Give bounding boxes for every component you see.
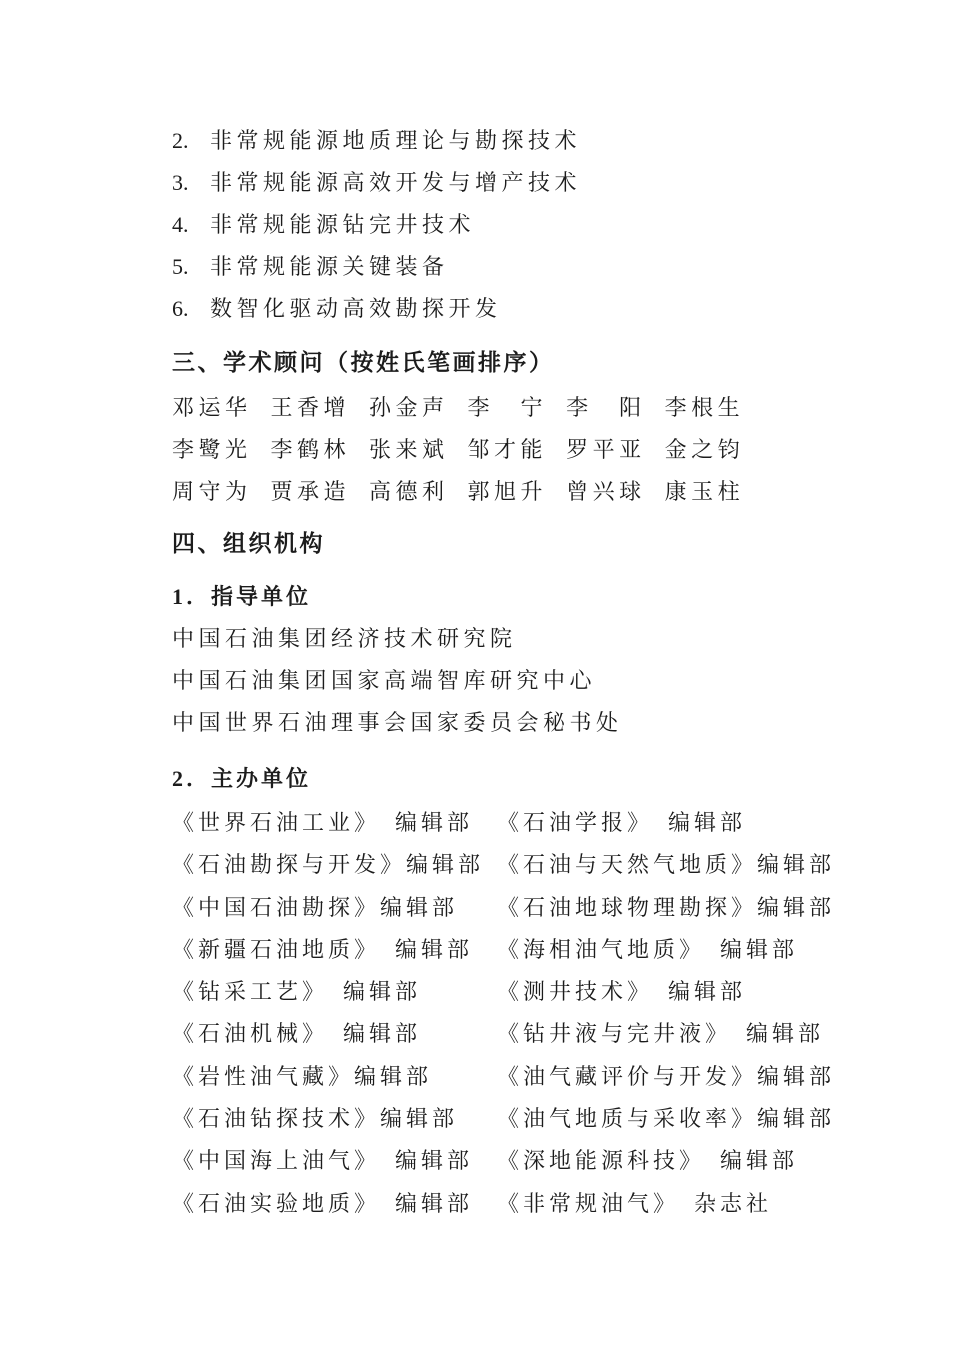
host-units-heading: 2．主办单位 [172, 758, 888, 800]
advisor-name: 李鹤林 [271, 429, 351, 471]
topic-text: 非常规能源关键装备 [210, 254, 449, 279]
host-unit-row: 《石油机械》 编辑部《钻井液与完井液》 编辑部 [172, 1013, 888, 1055]
host-unit-right: 《油气地质与采收率》编辑部 [497, 1098, 888, 1140]
document-page: 2.非常规能源地质理论与勘探技术3.非常规能源高效开发与增产技术4.非常规能源钻… [0, 0, 960, 1358]
host-unit-right: 《油气藏评价与开发》编辑部 [497, 1056, 888, 1098]
topic-number: 4. [172, 204, 210, 246]
advisors-section-heading: 三、学术顾问（按姓氏笔画排序） [172, 341, 888, 383]
host-units-heading-number: 2． [172, 766, 211, 791]
guidance-units-heading: 1．指导单位 [172, 576, 888, 618]
topic-item: 5.非常规能源关键装备 [172, 246, 888, 288]
host-unit-left: 《石油钻探技术》编辑部 [172, 1098, 497, 1140]
topic-item: 6.数智化驱动高效勘探开发 [172, 288, 888, 330]
host-unit-left: 《中国石油勘探》编辑部 [172, 887, 497, 929]
topics-list: 2.非常规能源地质理论与勘探技术3.非常规能源高效开发与增产技术4.非常规能源钻… [172, 120, 888, 330]
guidance-unit-list: 中国石油集团经济技术研究院中国石油集团国家高端智库研究中心中国世界石油理事会国家… [172, 618, 888, 744]
host-unit-table: 《世界石油工业》 编辑部《石油学报》 编辑部《石油勘探与开发》编辑部《石油与天然… [172, 802, 888, 1225]
host-unit-right: 《石油地球物理勘探》编辑部 [497, 887, 888, 929]
host-unit-right: 《石油学报》 编辑部 [497, 802, 888, 844]
advisor-name-row: 周守为贾承造高德利郭旭升曾兴球康玉柱 [172, 471, 888, 513]
host-unit-left: 《石油勘探与开发》编辑部 [172, 844, 497, 886]
advisor-name: 李 阳 [566, 387, 646, 429]
advisor-name: 康玉柱 [665, 471, 745, 513]
topic-item: 4.非常规能源钻完井技术 [172, 204, 888, 246]
host-unit-left: 《岩性油气藏》编辑部 [172, 1056, 497, 1098]
host-unit-right: 《钻井液与完井液》 编辑部 [497, 1013, 888, 1055]
guidance-unit: 中国石油集团国家高端智库研究中心 [172, 660, 888, 702]
host-units-heading-label: 主办单位 [211, 766, 311, 791]
topic-item: 3.非常规能源高效开发与增产技术 [172, 162, 888, 204]
advisor-name: 郭旭升 [468, 471, 548, 513]
advisor-name-row: 李鹭光李鹤林张来斌邹才能罗平亚金之钧 [172, 429, 888, 471]
host-unit-right: 《深地能源科技》 编辑部 [497, 1140, 888, 1182]
guidance-units-heading-number: 1． [172, 584, 211, 609]
host-unit-left: 《中国海上油气》 编辑部 [172, 1140, 497, 1182]
advisor-name: 李根生 [665, 387, 745, 429]
host-unit-right: 《测井技术》 编辑部 [497, 971, 888, 1013]
advisor-name: 李鹭光 [172, 429, 252, 471]
host-unit-left: 《石油实验地质》 编辑部 [172, 1183, 497, 1225]
host-unit-row: 《世界石油工业》 编辑部《石油学报》 编辑部 [172, 802, 888, 844]
topic-item: 2.非常规能源地质理论与勘探技术 [172, 120, 888, 162]
host-unit-right: 《非常规油气》 杂志社 [497, 1183, 888, 1225]
topic-text: 非常规能源高效开发与增产技术 [210, 170, 581, 195]
advisor-name: 罗平亚 [566, 429, 646, 471]
host-unit-left: 《石油机械》 编辑部 [172, 1013, 497, 1055]
topic-text: 数智化驱动高效勘探开发 [210, 296, 502, 321]
guidance-unit: 中国世界石油理事会国家委员会秘书处 [172, 702, 888, 744]
topic-text: 非常规能源地质理论与勘探技术 [210, 128, 581, 153]
topic-number: 6. [172, 288, 210, 330]
host-unit-row: 《岩性油气藏》编辑部《油气藏评价与开发》编辑部 [172, 1056, 888, 1098]
host-unit-row: 《石油钻探技术》编辑部《油气地质与采收率》编辑部 [172, 1098, 888, 1140]
advisors-name-grid: 邓运华王香增孙金声李 宁李 阳李根生李鹭光李鹤林张来斌邹才能罗平亚金之钧周守为贾… [172, 387, 888, 513]
host-unit-right: 《海相油气地质》 编辑部 [497, 929, 888, 971]
host-unit-right: 《石油与天然气地质》编辑部 [497, 844, 888, 886]
advisor-name: 李 宁 [468, 387, 548, 429]
advisor-name: 金之钧 [665, 429, 745, 471]
topic-number: 3. [172, 162, 210, 204]
guidance-unit: 中国石油集团经济技术研究院 [172, 618, 888, 660]
host-unit-row: 《石油实验地质》 编辑部《非常规油气》 杂志社 [172, 1183, 888, 1225]
host-unit-row: 《中国石油勘探》编辑部《石油地球物理勘探》编辑部 [172, 887, 888, 929]
advisor-name: 邓运华 [172, 387, 252, 429]
advisor-name-row: 邓运华王香增孙金声李 宁李 阳李根生 [172, 387, 888, 429]
advisor-name: 贾承造 [271, 471, 351, 513]
guidance-units-heading-label: 指导单位 [211, 584, 311, 609]
host-unit-row: 《新疆石油地质》 编辑部《海相油气地质》 编辑部 [172, 929, 888, 971]
advisor-name: 周守为 [172, 471, 252, 513]
advisor-name: 曾兴球 [566, 471, 646, 513]
advisor-name: 王香增 [271, 387, 351, 429]
host-unit-left: 《新疆石油地质》 编辑部 [172, 929, 497, 971]
organization-section-heading: 四、组织机构 [172, 522, 888, 564]
document-content: 2.非常规能源地质理论与勘探技术3.非常规能源高效开发与增产技术4.非常规能源钻… [172, 120, 888, 1225]
advisor-name: 孙金声 [369, 387, 449, 429]
topic-text: 非常规能源钻完井技术 [210, 212, 475, 237]
host-unit-row: 《钻采工艺》 编辑部《测井技术》 编辑部 [172, 971, 888, 1013]
host-unit-row: 《石油勘探与开发》编辑部《石油与天然气地质》编辑部 [172, 844, 888, 886]
topic-number: 2. [172, 120, 210, 162]
host-unit-left: 《世界石油工业》 编辑部 [172, 802, 497, 844]
advisor-name: 邹才能 [468, 429, 548, 471]
host-unit-left: 《钻采工艺》 编辑部 [172, 971, 497, 1013]
host-unit-row: 《中国海上油气》 编辑部《深地能源科技》 编辑部 [172, 1140, 888, 1182]
advisor-name: 张来斌 [369, 429, 449, 471]
advisor-name: 高德利 [369, 471, 449, 513]
topic-number: 5. [172, 246, 210, 288]
